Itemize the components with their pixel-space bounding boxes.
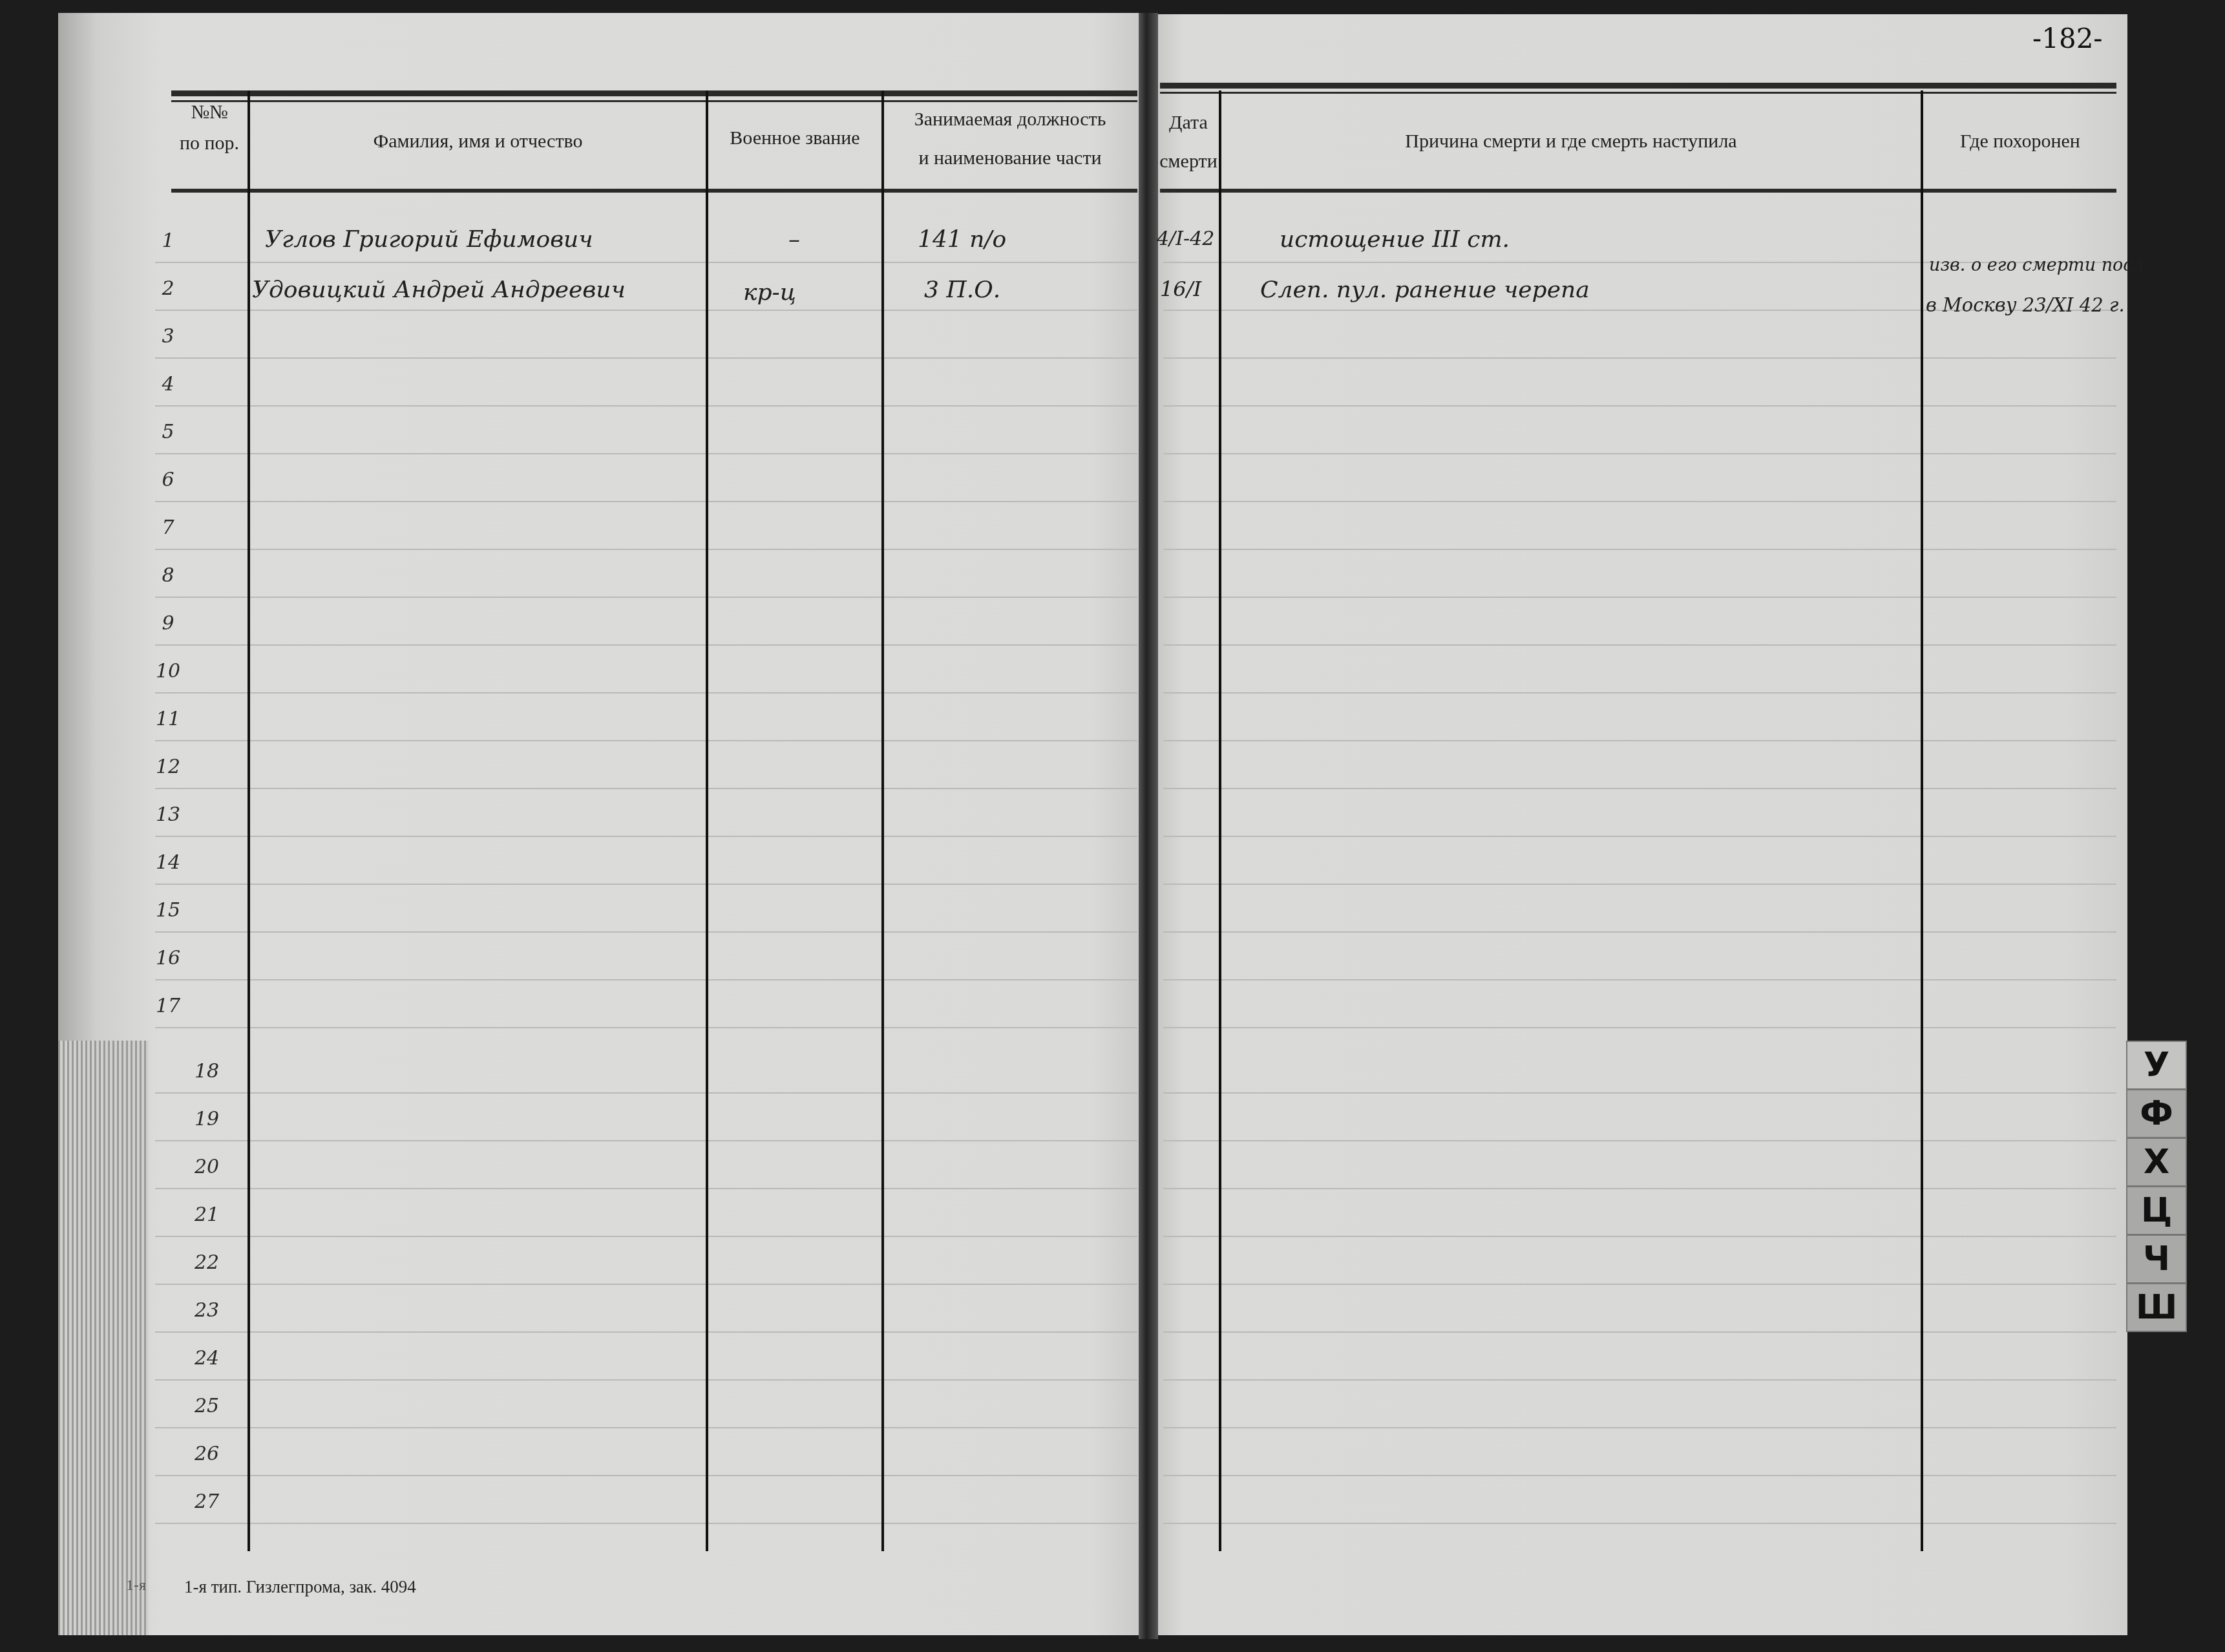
- ruled-line: [155, 1140, 1137, 1141]
- ruled-line: [155, 357, 1137, 359]
- ruled-line: [155, 501, 1137, 502]
- row-number: 9: [142, 612, 194, 635]
- ruled-line: [155, 1092, 1137, 1094]
- header-position-line1: Занимаемая должность: [884, 100, 1136, 139]
- ruled-line: [155, 788, 1137, 789]
- page-number: -182-: [2032, 23, 2103, 54]
- row-number: 15: [142, 899, 194, 922]
- row-number: 6: [142, 469, 194, 491]
- ruled-line: [155, 836, 1137, 837]
- row-number: 13: [142, 803, 194, 826]
- row-number: 22: [181, 1251, 233, 1274]
- ruled-line: [155, 1427, 1137, 1428]
- row-number: 23: [181, 1299, 233, 1322]
- ruled-line: [155, 310, 1137, 311]
- header-position: Занимаемая должность и наименование част…: [884, 100, 1136, 178]
- ruled-line: [155, 692, 1137, 694]
- ruled-line: [1163, 597, 2116, 598]
- entry-1-cause: истощение III ст.: [1280, 226, 1510, 253]
- ruled-line: [1163, 1027, 2116, 1028]
- row-number: 18: [181, 1060, 233, 1083]
- header-buried: Где похоронен: [1923, 126, 2117, 157]
- ruled-line: [1163, 1331, 2116, 1333]
- header-top-rule-right-thin: [1160, 92, 2116, 94]
- left-page: [58, 13, 1144, 1635]
- row-number: 27: [181, 1490, 233, 1513]
- row-number: 4: [142, 373, 194, 396]
- ruled-line: [1163, 357, 2116, 359]
- ruled-line: [1163, 884, 2116, 885]
- row-number: 12: [142, 756, 194, 778]
- ruled-line: [1163, 644, 2116, 646]
- ruled-line: [1163, 1284, 2116, 1285]
- header-num-line1: №№: [171, 97, 248, 128]
- row-number: 11: [142, 708, 194, 730]
- row-number: 3: [142, 325, 194, 348]
- header-bottom-rule: [171, 189, 1137, 193]
- ruled-line: [155, 644, 1137, 646]
- index-tab-6[interactable]: Ш: [2126, 1283, 2187, 1332]
- ruled-line: [1163, 1092, 2116, 1094]
- printer-imprint: 1-я тип. Гизлегпрома, зак. 4094: [184, 1577, 416, 1597]
- col-divider-cause: [1921, 90, 1923, 1551]
- header-date-line1: Дата: [1158, 103, 1219, 142]
- entry-1-date: 4/I-42: [1157, 228, 1214, 250]
- index-tab-1[interactable]: У: [2126, 1041, 2187, 1090]
- entry-2-rank: кр-ц: [743, 279, 796, 306]
- header-name: Фамилия, имя и отчество: [250, 126, 706, 157]
- entry-1-name: Углов Григорий Ефимович: [265, 226, 593, 253]
- ruled-line: [155, 1284, 1137, 1285]
- ruled-line: [1163, 931, 2116, 933]
- ruled-line: [155, 405, 1137, 407]
- book-spine: [1139, 13, 1158, 1639]
- header-date-line2: смерти: [1158, 142, 1219, 181]
- ruled-line: [1163, 1475, 2116, 1476]
- ruled-line: [155, 549, 1137, 550]
- ruled-line: [155, 1236, 1137, 1237]
- page-edges: [58, 1041, 149, 1635]
- index-tab-2[interactable]: Ф: [2126, 1089, 2187, 1138]
- row-number: 17: [142, 995, 194, 1017]
- ruled-line: [155, 1475, 1137, 1476]
- ruled-line: [1163, 788, 2116, 789]
- entry-2-cause: Слеп. пул. ранение черепа: [1260, 277, 1590, 303]
- entry-2-buried-line2: в Москву 23/XI 42 г.: [1926, 294, 2125, 316]
- header-rank: Военное звание: [708, 123, 881, 154]
- row-number: 8: [142, 564, 194, 587]
- ruled-line: [155, 597, 1137, 598]
- ruled-line: [155, 453, 1137, 454]
- row-number: 16: [142, 947, 194, 969]
- ruled-line: [155, 1523, 1137, 1524]
- ruled-line: [1163, 979, 2116, 980]
- entry-2-unit: 3 П.О.: [924, 277, 1000, 303]
- ruled-line: [1163, 740, 2116, 741]
- col-divider-date: [1219, 90, 1221, 1551]
- ruled-line: [1163, 692, 2116, 694]
- ruled-line: [1163, 405, 2116, 407]
- row-number: 26: [181, 1443, 233, 1465]
- entry-1-unit: 141 п/о: [918, 226, 1006, 253]
- ruled-line: [155, 1379, 1137, 1381]
- ruled-line: [155, 931, 1137, 933]
- footer-prefix: 1-я: [126, 1577, 146, 1594]
- row-number: 19: [181, 1108, 233, 1130]
- entry-2-buried-line1: изв. о его смерти посл.: [1929, 255, 2149, 275]
- ruled-line: [155, 1188, 1137, 1189]
- index-tab-5[interactable]: Ч: [2126, 1234, 2187, 1284]
- ruled-line: [1163, 836, 2116, 837]
- ruled-line: [1163, 453, 2116, 454]
- ruled-line: [155, 740, 1137, 741]
- ruled-line: [155, 1331, 1137, 1333]
- ruled-line: [155, 884, 1137, 885]
- row-number: 1: [142, 229, 194, 252]
- ruled-line: [1163, 501, 2116, 502]
- entry-1-rank: –: [788, 226, 800, 253]
- ruled-line: [1163, 1379, 2116, 1381]
- header-position-line2: и наименование части: [884, 139, 1136, 178]
- row-number: 25: [181, 1395, 233, 1417]
- row-number: 7: [142, 516, 194, 539]
- ruled-line: [1163, 1140, 2116, 1141]
- ruled-line: [1163, 1427, 2116, 1428]
- row-number: 21: [181, 1203, 233, 1226]
- ruled-line: [1163, 1188, 2116, 1189]
- header-top-rule: [171, 90, 1137, 96]
- row-number: 2: [142, 277, 194, 300]
- header-cause: Причина смерти и где смерть наступила: [1221, 126, 1921, 157]
- header-num-line2: по пор.: [171, 128, 248, 159]
- ruled-line: [1163, 1523, 2116, 1524]
- row-number: 24: [181, 1347, 233, 1370]
- header-date: Дата смерти: [1158, 103, 1219, 181]
- row-number: 10: [142, 660, 194, 683]
- entry-2-name: Удовицкий Андрей Андреевич: [252, 277, 626, 303]
- col-divider-rank: [881, 90, 884, 1551]
- ruled-line: [155, 979, 1137, 980]
- row-number: 20: [181, 1156, 233, 1178]
- row-number: 14: [142, 851, 194, 874]
- header-bottom-rule-right: [1160, 189, 2116, 193]
- ruled-line: [1163, 549, 2116, 550]
- row-number: 5: [142, 421, 194, 443]
- index-tab-3[interactable]: Х: [2126, 1138, 2187, 1187]
- index-tab-4[interactable]: Ц: [2126, 1186, 2187, 1235]
- ruled-line: [155, 262, 1137, 263]
- ruled-line: [155, 1027, 1137, 1028]
- col-divider-num: [248, 90, 250, 1551]
- header-num: №№ по пор.: [171, 97, 248, 159]
- header-top-rule-right: [1160, 83, 2116, 89]
- col-divider-name: [706, 90, 708, 1551]
- entry-2-date: 16/I: [1160, 277, 1201, 301]
- ruled-line: [1163, 1236, 2116, 1237]
